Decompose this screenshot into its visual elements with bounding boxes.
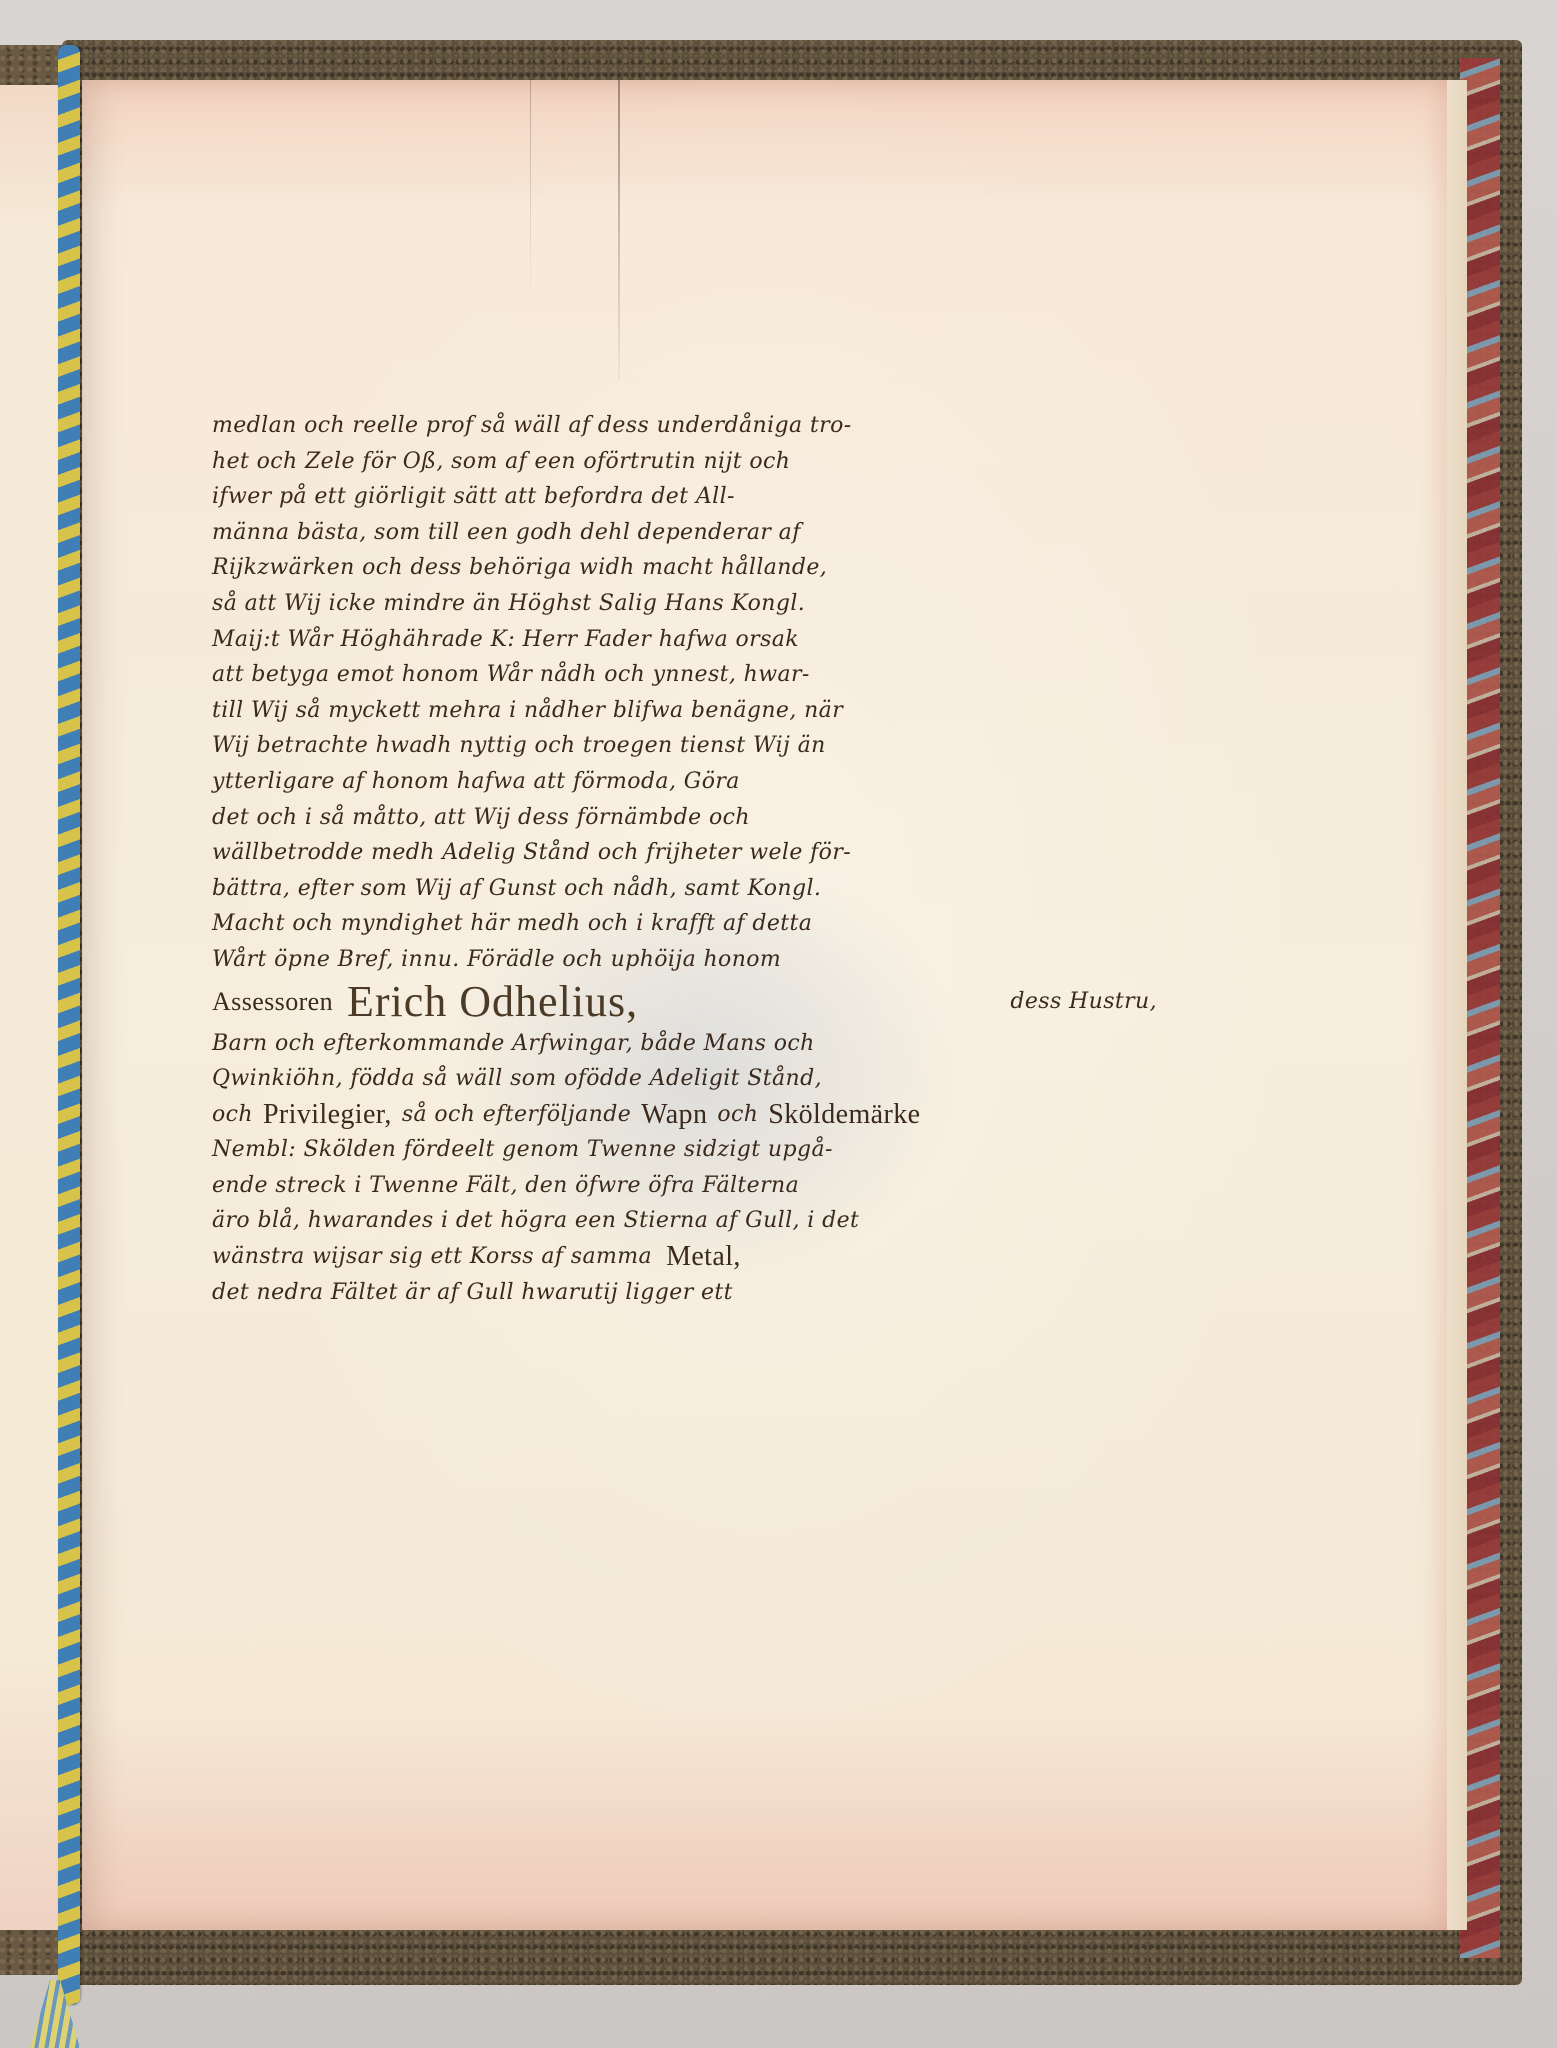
line-20-start: och (212, 1097, 253, 1133)
manuscript-text: medlan och reelle prof så wäll af dess u… (212, 408, 1157, 1310)
text-line-13: wällbetrodde medh Adelig Stånd och frijh… (212, 835, 1157, 871)
ennobled-person-name: Erich Odhelius, (347, 978, 638, 1026)
text-line-9: till Wij så myckett mehra i nådher blifw… (212, 693, 1157, 729)
text-line-6: så att Wij icke mindre än Höghst Salig H… (212, 586, 1157, 622)
text-line-10: Wij betrachte hwadh nyttig och troegen t… (212, 728, 1157, 764)
text-line-3: ifwer på ett giörligit sätt att befordra… (212, 479, 1157, 515)
text-line-2: het och Zele för Oß, som af een oförtrut… (212, 444, 1157, 480)
line-20-mid2: och (717, 1097, 758, 1133)
previous-page-edge (0, 85, 62, 1930)
text-line-25: det nedra Fältet är af Gull hwarutij lig… (212, 1275, 1157, 1311)
text-line-14: bättra, efter som Wij af Gunst och nådh,… (212, 871, 1157, 907)
text-line-18: Barn och efterkommande Arfwingar, både M… (212, 1026, 1157, 1062)
line-20-mid: så och efterföljande (402, 1097, 631, 1133)
paper-fold-crease-secondary (530, 80, 531, 310)
text-line-16: Wårt öpne Bref, innu. Förädle och uphöij… (212, 942, 1157, 978)
text-line-5: Rijkzwärken och dess behöriga widh macht… (212, 550, 1157, 586)
text-line-4: männa bästa, som till een godh dehl depe… (212, 515, 1157, 551)
paper-fold-crease (618, 80, 620, 380)
binding-cord (58, 45, 80, 2005)
text-line-21: Nembl: Skölden fördeelt genom Twenne sid… (212, 1132, 1157, 1168)
name-line-suffix: dess Hustru, (1010, 978, 1157, 1026)
text-line-22: ende streck i Twenne Fält, den öfwre öfr… (212, 1168, 1157, 1204)
text-line-11: ytterligare af honom hafwa att förmoda, … (212, 764, 1157, 800)
text-line-24: wänstra wijsar sig ett Korss af samma Me… (212, 1239, 1157, 1275)
text-line-15: Macht och myndighet här medh och i kraff… (212, 906, 1157, 942)
text-line-8: att betyga emot honom Wår nådh och ynnes… (212, 657, 1157, 693)
word-wapn: Wapn (641, 1097, 707, 1133)
word-privilegier: Privilegier, (263, 1097, 392, 1133)
text-line-23: äro blå, hwarandes i det högra een Stier… (212, 1203, 1157, 1239)
word-skoldemarke: Sköldemärke (768, 1097, 920, 1133)
text-line-12: det och i så måtto, att Wij dess förnämb… (212, 800, 1157, 836)
text-line-7: Maij:t Wår Höghährade K: Herr Fader hafw… (212, 622, 1157, 658)
text-line-19: Qwinkiöhn, födda så wäll som ofödde Adel… (212, 1061, 1157, 1097)
line-24-start: wänstra wijsar sig ett Korss af samma (212, 1239, 652, 1275)
text-line-20: och Privilegier, så och efterföljande Wa… (212, 1097, 1157, 1133)
text-line-1: medlan och reelle prof så wäll af dess u… (212, 408, 1157, 444)
text-line-17-ennobled-name: Assessoren Erich Odhelius, dess Hustru, (212, 978, 1157, 1026)
word-metal: Metal, (666, 1239, 741, 1275)
title-assessor: Assessoren (212, 978, 333, 1026)
